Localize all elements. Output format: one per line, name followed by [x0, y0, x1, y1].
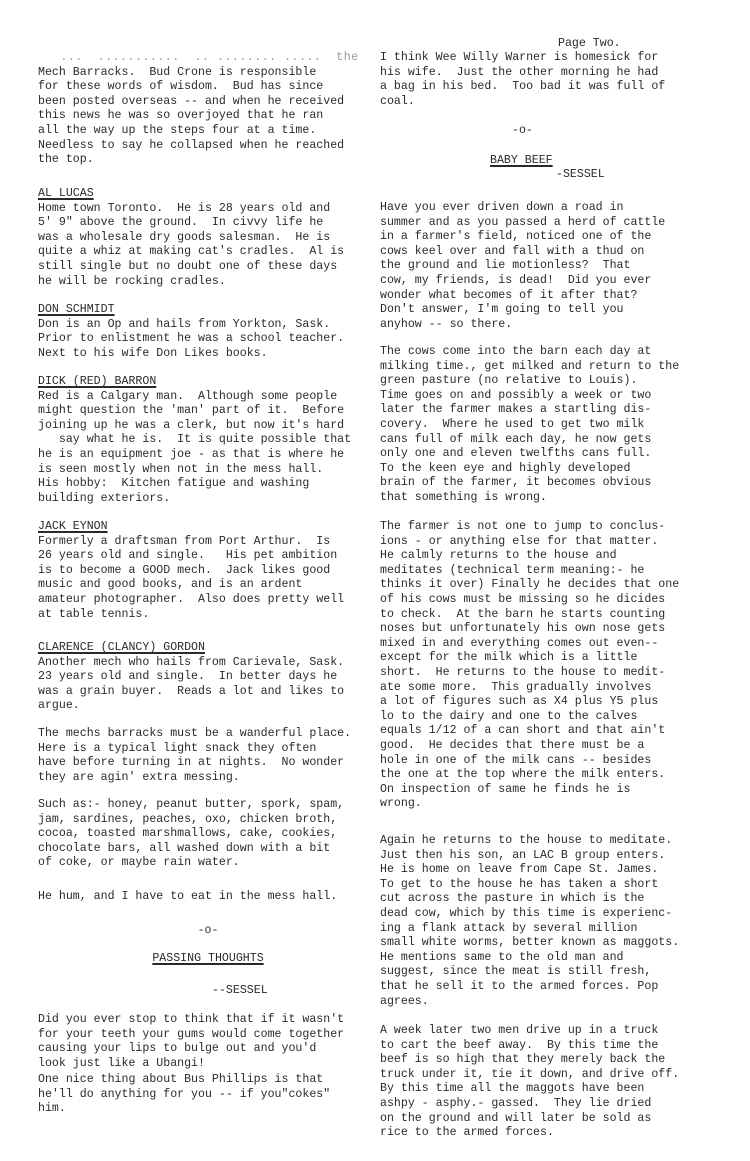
text-line: cows keel over and fall with a thud on: [380, 245, 665, 260]
text-line: mixed in and everything comes out even--: [380, 637, 679, 652]
text-line: only one and eleven twelfths cans full.: [380, 447, 679, 462]
text-line: all the way up the steps four at a time.: [38, 124, 359, 139]
text-line: Mech Barracks. Bud Crone is responsible: [38, 66, 359, 81]
text-line: the ground and lie motionless? That: [380, 259, 665, 274]
text-line: later the farmer makes a startling dis-: [380, 403, 679, 418]
text-line: The cows come into the barn each day at: [380, 345, 679, 360]
text-line: been posted overseas -- and when he rece…: [38, 95, 359, 110]
baby-beef-paragraph-3: The farmer is not one to jump to conclus…: [380, 520, 679, 812]
text-line: milking time., get milked and return to …: [380, 360, 679, 375]
text-line: His hobby: Kitchen fatigue and washing: [38, 477, 351, 492]
section-title: PASSING THOUGHTS: [152, 952, 263, 967]
text-line: Needless to say he collapsed when he rea…: [38, 139, 359, 154]
text-line: for your teeth your gums would come toge…: [38, 1028, 344, 1043]
text-line: a lot of figures such as X4 plus Y5 plus: [380, 695, 679, 710]
page-label: Page Two.: [558, 37, 621, 52]
text-line: Don't answer, I'm going to tell you: [380, 303, 665, 318]
text-line: Again he returns to the house to meditat…: [380, 834, 679, 849]
text-line: To the keen eye and highly developed: [380, 462, 679, 477]
page-number: Page Two.: [558, 37, 621, 52]
closing-line: He hum, and I have to eat in the mess ha…: [38, 890, 337, 905]
text-line: to cart the beef away. By this time the: [380, 1039, 679, 1054]
baby-beef-paragraph-2: The cows come into the barn each day at …: [380, 345, 679, 506]
text-line: cocoa, toasted marshmallows, cake, cooki…: [38, 827, 344, 842]
text-line: I think Wee Willy Warner is homesick for: [380, 51, 665, 66]
byline: --SESSEL: [212, 984, 268, 999]
text-line: is to become a GOOD mech. Jack likes goo…: [38, 564, 344, 579]
text-line: still single but no doubt one of these d…: [38, 260, 344, 275]
text-line: of coke, or maybe rain water.: [38, 856, 344, 871]
text-line: his wife. Just the other morning he had: [380, 66, 665, 81]
text-line: anyhow -- so there.: [380, 318, 665, 333]
text-line: cans full of milk each day, he now gets: [380, 433, 679, 448]
text-line: the one at the top where the milk enters…: [380, 768, 679, 783]
barracks-paragraph: The mechs barracks must be a wanderful p…: [38, 727, 351, 785]
text-line: cow, my friends, is dead! Did you ever: [380, 274, 665, 289]
text-line: except for the milk which is a little: [380, 651, 679, 666]
willy-paragraph: I think Wee Willy Warner is homesick for…: [380, 51, 665, 109]
text-line: that he sell it to the armed forces. Pop: [380, 980, 679, 995]
text-line: look just like a Ubangi!: [38, 1057, 344, 1072]
text-line: dead cow, which by this time is experien…: [380, 907, 679, 922]
text-line: wonder what becomes of it after that?: [380, 289, 665, 304]
text-line: might question the 'man' part of it. Bef…: [38, 404, 351, 419]
text-line: was a wholesale dry goods salesman. He i…: [38, 231, 344, 246]
text-line: brain of the farmer, it becomes obvious: [380, 476, 679, 491]
text-line: 23 years old and single. In better days …: [38, 670, 344, 685]
baby-beef-paragraph-4: Again he returns to the house to meditat…: [380, 834, 679, 1009]
text-line: rice to the armed forces.: [380, 1126, 679, 1141]
baby-beef-paragraph-1: Have you ever driven down a road in summ…: [380, 201, 665, 332]
text-line: at table tennis.: [38, 608, 344, 623]
snack-paragraph: Such as:- honey, peanut butter, spork, s…: [38, 798, 344, 871]
passing-thoughts-byline: --SESSEL: [212, 984, 268, 999]
text-line: Here is a typical light snack they often: [38, 742, 351, 757]
text-line: this news he was so overjoyed that he ra…: [38, 109, 359, 124]
text-line: He is home on leave from Cape St. James.: [380, 863, 679, 878]
text-line: ions - or anything else for that matter.: [380, 535, 679, 550]
separator-mark: -o-: [512, 124, 533, 139]
profile-name: AL LUCAS: [38, 187, 344, 202]
passing-thoughts-paragraph-1: Did you ever stop to think that if it wa…: [38, 1013, 344, 1071]
text-line: truck under it, tie it down, and drive o…: [380, 1068, 679, 1083]
text-line: building exteriors.: [38, 492, 351, 507]
text-line: agrees.: [380, 995, 679, 1010]
passing-thoughts-paragraph-2: One nice thing about Bus Phillips is tha…: [38, 1073, 330, 1117]
text-line: good. He decides that there must be a: [380, 739, 679, 754]
text-line: equals 1/12 of a can short and that ain'…: [380, 724, 679, 739]
text-line: him.: [38, 1102, 330, 1117]
profile-jack-eynon: JACK EYNON Formerly a draftsman from Por…: [38, 520, 344, 622]
text-line: One nice thing about Bus Phillips is tha…: [38, 1073, 330, 1088]
text-line: causing your lips to bulge out and you'd: [38, 1042, 344, 1057]
text-line: music and good books, and is an ardent: [38, 578, 344, 593]
separator-mark: -o-: [38, 924, 378, 939]
text-line: amateur photographer. Also does pretty w…: [38, 593, 344, 608]
text-line: 5' 9" above the ground. In civvy life he: [38, 216, 344, 231]
profile-name: JACK EYNON: [38, 520, 344, 535]
text-line: chocolate bars, all washed down with a b…: [38, 842, 344, 857]
text-line: Formerly a draftsman from Port Arthur. I…: [38, 535, 344, 550]
text-line: Home town Toronto. He is 28 years old an…: [38, 202, 344, 217]
passing-thoughts-header: PASSING THOUGHTS: [38, 952, 378, 967]
text-line: Another mech who hails from Carievale, S…: [38, 656, 344, 671]
section-title: BABY BEEF: [490, 154, 553, 169]
text-line: on the ground and will later be sold as: [380, 1112, 679, 1127]
text-line: a bag in his bed. Too bad it was full of: [380, 80, 665, 95]
text-line: short. He returns to the house to medit-: [380, 666, 679, 681]
text-line: cut across the pasture in which is the: [380, 892, 679, 907]
profile-name: CLARENCE (CLANCY) GORDON: [38, 641, 344, 656]
text-line: quite a whiz at making cat's cradles. Al…: [38, 245, 344, 260]
text-line: covery. Where he used to get two milk: [380, 418, 679, 433]
text-line: joining up he was a clerk, but now it's …: [38, 419, 351, 434]
text-line: ate some more. This gradually involves: [380, 681, 679, 696]
text-line: the top.: [38, 153, 359, 168]
section-separator: -o-: [38, 924, 378, 939]
text-line: of his cows must be missing so he dicide…: [380, 593, 679, 608]
text-line: noses but unfortunately his own nose get…: [380, 622, 679, 637]
text-line: By this time all the maggots have been: [380, 1082, 679, 1097]
profile-al-lucas: AL LUCAS Home town Toronto. He is 28 yea…: [38, 187, 344, 289]
profile-dick-barron: DICK (RED) BARRON Red is a Calgary man. …: [38, 375, 351, 506]
text-line: 26 years old and single. His pet ambitio…: [38, 549, 344, 564]
text-line: wrong.: [380, 797, 679, 812]
text-line: jam, sardines, peaches, oxo, chicken bro…: [38, 813, 344, 828]
byline: -SESSEL: [556, 168, 605, 183]
text-line: meditates (technical term meaning:- he: [380, 564, 679, 579]
text-line: lo to the dairy and one to the calves: [380, 710, 679, 725]
text-line: Red is a Calgary man. Although some peop…: [38, 390, 351, 405]
text-line: argue.: [38, 699, 344, 714]
text-line: he is an equipment joe - as that is wher…: [38, 448, 351, 463]
text-line: he'll do anything for you -- if you"coke…: [38, 1088, 330, 1103]
text-line: say what he is. It is quite possible tha…: [38, 433, 351, 448]
text-line: summer and as you passed a herd of cattl…: [380, 216, 665, 231]
profile-name: DON SCHMIDT: [38, 303, 344, 318]
baby-beef-byline: -SESSEL: [556, 168, 605, 183]
text-line: He calmly returns to the house and: [380, 549, 679, 564]
profile-clarence-gordon: CLARENCE (CLANCY) GORDON Another mech wh…: [38, 641, 344, 714]
text-line: He mentions same to the old man and: [380, 951, 679, 966]
baby-beef-paragraph-5: A week later two men drive up in a truck…: [380, 1024, 679, 1141]
text-line: Such as:- honey, peanut butter, spork, s…: [38, 798, 344, 813]
intro-paragraph: ... ........... .. ........ ..... the Me…: [38, 51, 359, 168]
text-line: Did you ever stop to think that if it wa…: [38, 1013, 344, 1028]
section-separator: -o-: [512, 124, 533, 139]
text-line: coal.: [380, 95, 665, 110]
profile-don-schmidt: DON SCHMIDT Don is an Op and hails from …: [38, 303, 344, 361]
profile-name: DICK (RED) BARRON: [38, 375, 351, 390]
text-line: for these words of wisdom. Bud has since: [38, 80, 359, 95]
text-line: beef is so high that they merely back th…: [380, 1053, 679, 1068]
text-line: Just then his son, an LAC B group enters…: [380, 849, 679, 864]
text-line: ing a flank attack by several million: [380, 922, 679, 937]
text-line: was a grain buyer. Reads a lot and likes…: [38, 685, 344, 700]
text-line: they are agin' extra messing.: [38, 771, 351, 786]
text-line: have before turning in at nights. No won…: [38, 756, 351, 771]
faded-line: ... ........... .. ........ ..... the: [38, 51, 359, 66]
text-line: suggest, since the meat is still fresh,: [380, 965, 679, 980]
text-line: A week later two men drive up in a truck: [380, 1024, 679, 1039]
text-line: is seen mostly when not in the mess hall…: [38, 463, 351, 478]
text-line: He hum, and I have to eat in the mess ha…: [38, 890, 337, 905]
text-line: Have you ever driven down a road in: [380, 201, 665, 216]
text-line: to check. At the barn he starts counting: [380, 608, 679, 623]
text-line: On inspection of same he finds he is: [380, 783, 679, 798]
baby-beef-header: BABY BEEF: [490, 154, 553, 169]
text-line: hole in one of the milk cans -- besides: [380, 754, 679, 769]
text-line: Time goes on and possibly a week or two: [380, 389, 679, 404]
text-line: in a farmer's field, noticed one of the: [380, 230, 665, 245]
text-line: Don is an Op and hails from Yorkton, Sas…: [38, 318, 344, 333]
text-line: ashpy - asphy.- gassed. They lie dried: [380, 1097, 679, 1112]
text-line: he will be rocking cradles.: [38, 275, 344, 290]
text-line: Next to his wife Don Likes books.: [38, 347, 344, 362]
text-line: green pasture (no relative to Louis).: [380, 374, 679, 389]
text-line: The farmer is not one to jump to conclus…: [380, 520, 679, 535]
text-line: Prior to enlistment he was a school teac…: [38, 332, 344, 347]
text-line: that something is wrong.: [380, 491, 679, 506]
text-line: small white worms, better known as maggo…: [380, 936, 679, 951]
text-line: To get to the house he has taken a short: [380, 878, 679, 893]
text-line: The mechs barracks must be a wanderful p…: [38, 727, 351, 742]
text-line: thinks it over) Finally he decides that …: [380, 578, 679, 593]
